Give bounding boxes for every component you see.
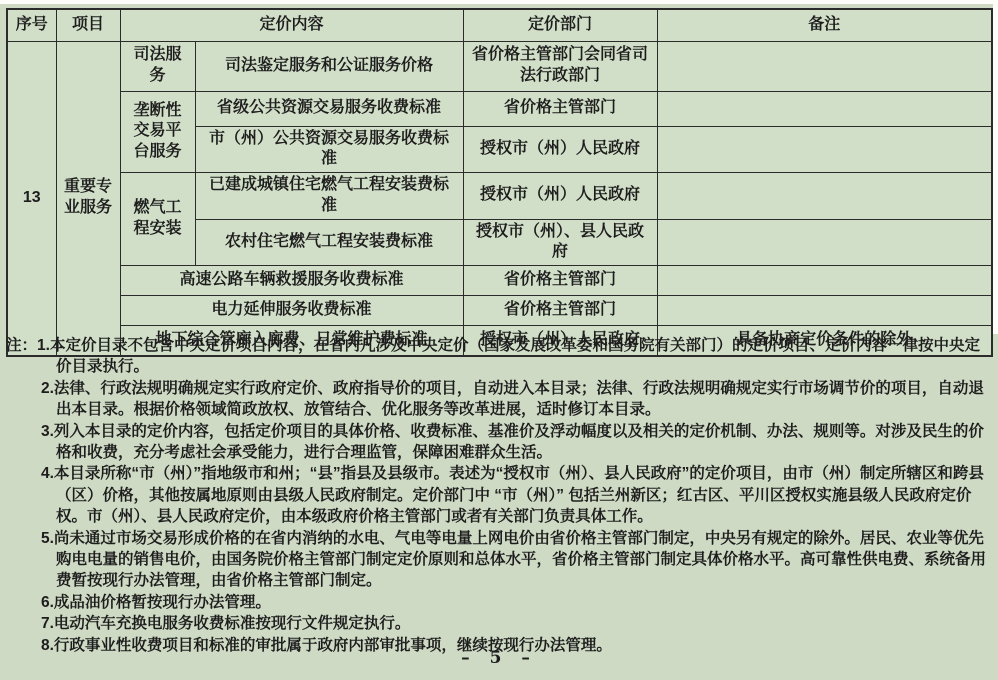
note-item-3: 3.列入本目录的定价内容，包括定价项目的具体价格、收费标准、基准价及浮动幅度以及… [56,421,992,464]
note-item-4: 4.本目录所称“市（州）”指地级市和州；“县”指县及县级市。表述为“授权市（州）… [56,463,992,527]
pricing-catalog-table: 序号 项目 定价内容 定价部门 备注 13 重要专业服务 司法服务 司法鉴定服务… [6,8,993,357]
remark-cell [657,266,992,296]
item-cell: 重要专业服务 [56,41,120,356]
table-row: 燃气工程安装 已建成城镇住宅燃气工程安装费标准 授权市（州）人民政府 [7,173,992,220]
department-cell: 授权市（州）人民政府 [463,173,657,220]
note-item-5: 5.尚未通过市场交易形成价格的在省内消纳的水电、气电等电量上网电价由省价格主管部… [56,528,992,592]
content-cell: 高速公路车辆救援服务收费标准 [120,266,463,296]
notes-prefix: 注： [6,337,37,354]
header-item: 项目 [56,9,120,41]
table-row: 13 重要专业服务 司法服务 司法鉴定服务和公证服务价格 省价格主管部门会同省司… [7,41,992,91]
note-text: 1.本定价目录不包含中央定价项目内容，在省内凡涉及中央定价（国家发展改革委和国务… [37,337,980,375]
subcategory-cell: 垄断性交易平台服务 [120,91,195,173]
subcategory-cell: 燃气工程安装 [120,173,195,266]
remark-cell [657,41,992,91]
note-item-2: 2.法律、行政法规明确规定实行政府定价、政府指导价的项目，自动进入本目录；法律、… [56,378,992,421]
remark-cell [657,126,992,173]
header-content: 定价内容 [120,9,463,41]
header-department: 定价部门 [463,9,657,41]
note-item-7: 7.电动汽车充换电服务收费标准按现行文件规定执行。 [56,613,992,634]
document-page: 序号 项目 定价内容 定价部门 备注 13 重要专业服务 司法服务 司法鉴定服务… [0,4,998,680]
content-cell: 已建成城镇住宅燃气工程安装费标准 [195,173,463,220]
remark-cell [657,296,992,326]
note-item-1: 注：1.本定价目录不包含中央定价项目内容，在省内凡涉及中央定价（国家发展改革委和… [56,335,992,378]
department-cell: 省价格主管部门会同省司法行政部门 [463,41,657,91]
content-cell: 司法鉴定服务和公证服务价格 [195,41,463,91]
content-cell: 电力延伸服务收费标准 [120,296,463,326]
department-cell: 省价格主管部门 [463,296,657,326]
department-cell: 授权市（州）人民政府 [463,126,657,173]
scan-edge-artifact [993,4,998,334]
table-row: 电力延伸服务收费标准 省价格主管部门 [7,296,992,326]
subcategory-cell: 司法服务 [120,41,195,91]
remark-cell [657,91,992,126]
seq-cell: 13 [7,41,56,356]
remark-cell [657,219,992,266]
department-cell: 省价格主管部门 [463,266,657,296]
content-cell: 省级公共资源交易服务收费标准 [195,91,463,126]
table-row: 垄断性交易平台服务 省级公共资源交易服务收费标准 省价格主管部门 [7,91,992,126]
content-cell: 农村住宅燃气工程安装费标准 [195,219,463,266]
table-header-row: 序号 项目 定价内容 定价部门 备注 [7,9,992,41]
department-cell: 省价格主管部门 [463,91,657,126]
table-row: 高速公路车辆救援服务收费标准 省价格主管部门 [7,266,992,296]
notes-section: 注：1.本定价目录不包含中央定价项目内容，在省内凡涉及中央定价（国家发展改革委和… [6,335,992,656]
content-cell: 市（州）公共资源交易服务收费标准 [195,126,463,173]
header-seq: 序号 [7,9,56,41]
department-cell: 授权市（州）、县人民政府 [463,219,657,266]
header-remark: 备注 [657,9,992,41]
remark-cell [657,173,992,220]
page-number: – 5 – [0,648,998,668]
note-item-6: 6.成品油价格暂按现行办法管理。 [56,592,992,613]
